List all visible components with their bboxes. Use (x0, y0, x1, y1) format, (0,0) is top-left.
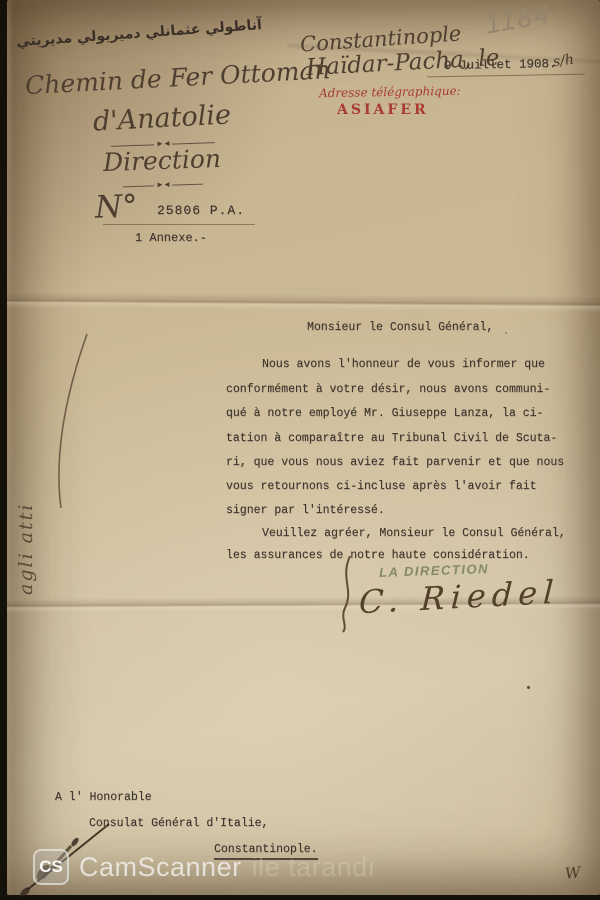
body-line: tation à comparaître au Tribunal Civil d… (226, 432, 557, 445)
body-line: signer par l'intéressé. (226, 504, 385, 517)
margin-flourish-line (47, 330, 99, 515)
signature: C. Riedel (358, 573, 560, 622)
address-consulate: Consulat Général d'Italie, (89, 817, 268, 830)
fold-crease (7, 292, 600, 312)
ink-speck (505, 332, 507, 334)
camscanner-app-name: CamScanner (79, 852, 242, 883)
typed-date: 9 Juillet 1908. (444, 57, 557, 73)
body-line: ri, que vous nous aviez fait parvenir et… (226, 456, 564, 469)
ottoman-calligraphy: آناطولي عثمانلي دميريولي مديريتي (62, 17, 263, 47)
camscanner-suffix-text: ile tarandı (252, 852, 376, 883)
department-title: Direction (25, 141, 300, 180)
date-underline (427, 74, 585, 78)
reference-number-value: 25806 P.A. (157, 203, 245, 218)
camscanner-logo-text: CS (39, 857, 63, 877)
telegraph-address-value: ASIAFER (337, 102, 429, 118)
annex-note: 1 Annexe.- (135, 231, 207, 245)
reference-number-underline (103, 224, 255, 225)
camscanner-logo-icon: CS (33, 849, 69, 885)
company-name-line1: Chemin de Fer Ottoman (24, 57, 299, 100)
handwritten-date-mark: s/h (552, 52, 575, 71)
ink-speck (527, 686, 530, 689)
body-line: conformément à votre désir, nous avons c… (226, 383, 550, 396)
margin-note-handwritten: agli atti (15, 425, 37, 595)
camscanner-watermark: CS CamScanner ile tarandı (33, 849, 376, 885)
ornament-arrows-icon: ►◄ (154, 181, 172, 190)
body-line: Nous avons l'honneur de vous informer qu… (262, 358, 545, 371)
body-line: les assurances de notre haute considérat… (226, 549, 530, 562)
pencil-archive-number: 1184 (483, 0, 553, 41)
telegraph-address-label: Adresse télégraphique: (319, 84, 461, 100)
company-name-line2: d'Anatolie (24, 96, 299, 141)
corner-ink-mark: W (564, 863, 581, 883)
salutation: Monsieur le Consul Général, (307, 321, 493, 334)
body-line: Veuillez agréer, Monsieur le Consul Géné… (262, 527, 566, 540)
paper-sheet: 1184 آناطولي عثمانلي دميريولي مديريتي Ch… (7, 0, 600, 895)
scanned-letter: 1184 آناطولي عثمانلي دميريولي مديريتي Ch… (0, 0, 600, 900)
reference-number-label: N° (94, 188, 138, 225)
body-line: vous retournons ci-incluse après l'avoir… (226, 480, 537, 493)
body-line: qué à notre employé Mr. Giuseppe Lanza, … (226, 407, 543, 420)
address-honorable: A l' Honorable (55, 791, 152, 804)
